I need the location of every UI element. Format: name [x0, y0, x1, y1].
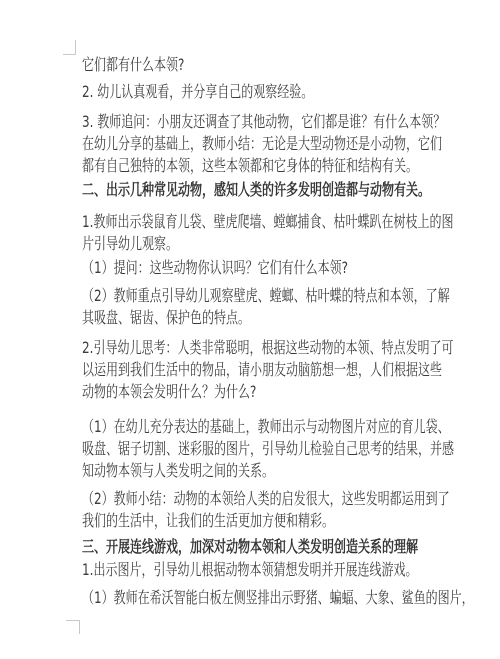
text-line: 动物的本领会发明什么？为什么?	[82, 381, 391, 403]
paragraph: （1）提问：这些动物你认识吗？它们有什么本领?	[82, 257, 494, 279]
document-page: { "page": { "background": "#ffffff", "te…	[0, 0, 500, 659]
paragraph: 1.教师出示袋鼠育儿袋、壁虎爬墙、螳螂捕食、枯叶蝶趴在树枝上的图 片引导幼儿观察…	[82, 211, 494, 255]
paragraph: 2. 幼儿认真观看，并分享自己的观察经验。	[82, 81, 494, 103]
text-line: 以运用到我们生活中的物品，请小朋友动脑筋想一想，人们根据这些	[82, 359, 391, 381]
paragraph: （1）在幼儿充分表达的基础上，教师出示与动物图片对应的育儿袋、 吸盘、锯子切割、…	[82, 416, 494, 482]
text-line: （2）教师小结：动物的本领给人类的启发很大，这些发明都运用到了	[82, 488, 391, 510]
text-line: 三、开展连线游戏，加深对动物本领和人类发明创造关系的理解	[82, 536, 391, 558]
paragraph: 它们都有什么本领?	[82, 54, 494, 76]
section-heading: 二、出示几种常见动物，感知人类的许多发明创造都与动物有关。	[82, 179, 494, 201]
text-line: 都有自己独特的本领，这些本领都和它身体的特征和结构有关。	[82, 155, 391, 177]
text-line: 3. 教师追问：小朋友还调查了其他动物，它们都是谁？有什么本领？	[82, 111, 391, 133]
text-line: （2）教师重点引导幼儿观察壁虎、螳螂、枯叶蝶的特点和本领，了解	[82, 285, 391, 307]
section-heading: 三、开展连线游戏，加深对动物本领和人类发明创造关系的理解	[82, 536, 494, 558]
text-line: 1.出示图片，引导幼儿根据动物本领猜想发明并开展连线游戏。	[82, 559, 391, 581]
text-line: 2.引导幼儿思考：人类非常聪明，根据这些动物的本领、特点发明了可	[82, 337, 391, 359]
text-line: 1.教师出示袋鼠育儿袋、壁虎爬墙、螳螂捕食、枯叶蝶趴在树枝上的图	[82, 211, 391, 233]
paragraph: （1）教师在希沃智能白板左侧竖排出示野猪、蝙蝠、大象、鲨鱼的图片，	[82, 587, 494, 609]
text-line: （1）在幼儿充分表达的基础上，教师出示与动物图片对应的育儿袋、	[82, 416, 391, 438]
text-boundary-corner-top-left-icon	[63, 40, 76, 55]
text-line: 知动物本领与人类发明之间的关系。	[82, 460, 391, 482]
text-line: 在幼儿分享的基础上，教师小结：无论是大型动物还是小动物，它们	[82, 133, 391, 155]
text-line: 吸盘、锯子切割、迷彩服的图片，引导幼儿检验自己思考的结果，并感	[82, 438, 391, 460]
document-text-area[interactable]: 它们都有什么本领? 2. 幼儿认真观看，并分享自己的观察经验。 3. 教师追问：…	[82, 54, 494, 609]
paragraph: （2）教师重点引导幼儿观察壁虎、螳螂、枯叶蝶的特点和本领，了解 其吸盘、锯齿、保…	[82, 285, 494, 329]
text-line: （1）教师在希沃智能白板左侧竖排出示野猪、蝙蝠、大象、鲨鱼的图片，	[82, 587, 391, 609]
text-line: 它们都有什么本领?	[82, 54, 391, 76]
text-line: 2. 幼儿认真观看，并分享自己的观察经验。	[82, 81, 391, 103]
text-line: 二、出示几种常见动物，感知人类的许多发明创造都与动物有关。	[82, 179, 391, 201]
paragraph: 1.出示图片，引导幼儿根据动物本领猜想发明并开展连线游戏。	[82, 559, 494, 581]
text-line: 片引导幼儿观察。	[82, 233, 391, 255]
text-line: 其吸盘、锯齿、保护色的特点。	[82, 307, 391, 329]
text-line: （1）提问：这些动物你认识吗？它们有什么本领?	[82, 257, 391, 279]
paragraph: （2）教师小结：动物的本领给人类的启发很大，这些发明都运用到了 我们的生活中，让…	[82, 488, 494, 532]
paragraph: 3. 教师追问：小朋友还调查了其他动物，它们都是谁？有什么本领？ 在幼儿分享的基…	[82, 111, 494, 177]
text-line: 我们的生活中，让我们的生活更加方便和精彩。	[82, 510, 391, 532]
text-boundary-corner-bottom-left-icon	[66, 620, 80, 634]
paragraph: 2.引导幼儿思考：人类非常聪明，根据这些动物的本领、特点发明了可 以运用到我们生…	[82, 337, 494, 403]
